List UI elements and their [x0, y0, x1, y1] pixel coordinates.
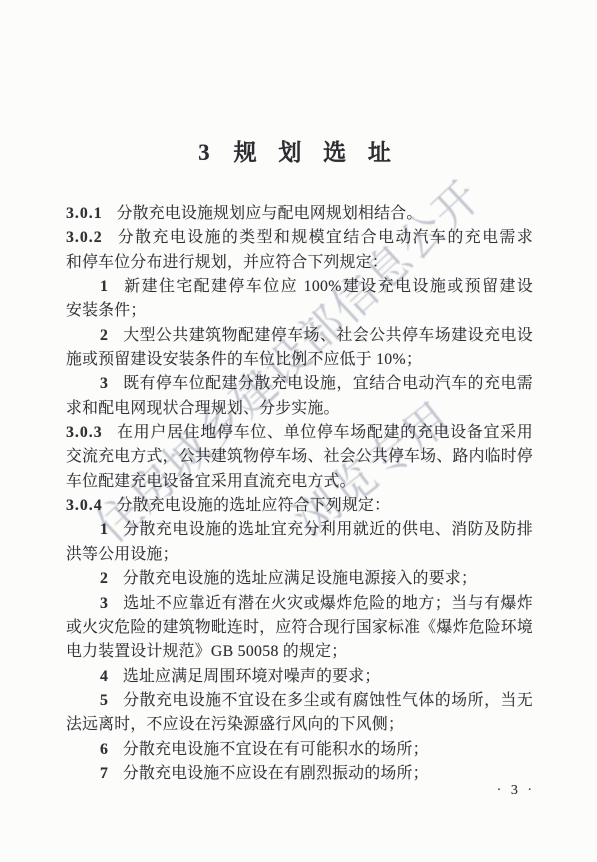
text-line: 6分散充电设施不宜设在有可能积水的场所；	[66, 738, 533, 762]
text-line: 交流充电方式，公共建筑物停车场、社会公共停车场、路内临时停	[66, 445, 533, 469]
text-line: 3.0.4分散充电设施的选址应符合下列规定：	[66, 494, 533, 518]
line-text: 分散充电设施不宜设在多尘或有腐蚀性气体的场所，当无	[123, 692, 533, 709]
text-line: 2大型公共建筑物配建停车场、社会公共停车场建设充电设	[66, 324, 533, 348]
text-line: 求和配电网现状合理规划、分步实施。	[66, 397, 533, 421]
body-text: 3.0.1分散充电设施规划应与配电网规划相结合。3.0.2分散充电设施的类型和规…	[66, 202, 533, 786]
line-text: 分散充电设施规划应与配电网规划相结合。	[117, 205, 423, 222]
document-page: 住房城乡建设部信息公开 浏览专用 3规 划 选 址 3.0.1分散充电设施规划应…	[0, 0, 597, 862]
line-text: 施或预留建设安装条件的车位比例不应低于 10%；	[66, 351, 422, 368]
clause-number: 3.0.2	[66, 229, 103, 246]
text-line: 3.0.1分散充电设施规划应与配电网规划相结合。	[66, 202, 533, 226]
text-line: 3.0.2分散充电设施的类型和规模宜结合电动汽车的充电需求	[66, 226, 533, 250]
item-number: 1	[100, 521, 109, 538]
clause-number: 3.0.4	[66, 497, 103, 514]
text-line: 3选址不应靠近有潜在火灾或爆炸危险的地方；当与有爆炸	[66, 592, 533, 616]
text-line: 3既有停车位配建分散充电设施，宜结合电动汽车的充电需	[66, 372, 533, 396]
text-line: 7分散充电设施不应设在有剧烈振动的场所；	[66, 762, 533, 786]
item-number: 2	[100, 327, 109, 344]
item-number: 3	[100, 375, 109, 392]
text-line: 和停车位分布进行规划，并应符合下列规定：	[66, 251, 533, 275]
text-line: 4选址应满足周围环境对噪声的要求；	[66, 665, 533, 689]
line-text: 既有停车位配建分散充电设施，宜结合电动汽车的充电需	[123, 375, 533, 392]
text-line: 1新建住宅配建停车位应 100%建设充电设施或预留建设	[66, 275, 533, 299]
line-text: 分散充电设施的选址宜充分利用就近的供电、消防及防排	[123, 521, 533, 538]
item-number: 7	[100, 765, 109, 782]
line-text: 交流充电方式，公共建筑物停车场、社会公共停车场、路内临时停	[66, 448, 533, 465]
text-line: 或火灾危险的建筑物毗连时，应符合现行国家标准《爆炸危险环境	[66, 616, 533, 640]
text-line: 车位配建充电设备宜采用直流充电方式。	[66, 470, 533, 494]
line-text: 洪等公用设施；	[66, 546, 179, 563]
chapter-heading: 3规 划 选 址	[0, 134, 597, 167]
text-line: 施或预留建设安装条件的车位比例不应低于 10%；	[66, 348, 533, 372]
item-number: 2	[100, 570, 109, 587]
line-text: 选址不应靠近有潜在火灾或爆炸危险的地方；当与有爆炸	[123, 595, 533, 612]
line-text: 安装条件；	[66, 302, 147, 319]
line-text: 车位配建充电设备宜采用直流充电方式。	[66, 473, 356, 490]
text-line: 法远离时，不应设在污染源盛行风向的下风侧；	[66, 713, 533, 737]
text-line: 电力装置设计规范》GB 50058 的规定；	[66, 640, 533, 664]
clause-number: 3.0.3	[66, 424, 103, 441]
text-line: 5分散充电设施不宜设在多尘或有腐蚀性气体的场所，当无	[66, 689, 533, 713]
line-text: 电力装置设计规范》GB 50058 的规定；	[66, 643, 347, 660]
item-number: 4	[100, 668, 109, 685]
line-text: 新建住宅配建停车位应 100%建设充电设施或预留建设	[123, 278, 533, 295]
text-line: 安装条件；	[66, 299, 533, 323]
line-text: 或火灾危险的建筑物毗连时，应符合现行国家标准《爆炸危险环境	[66, 619, 533, 636]
line-text: 分散充电设施的类型和规模宜结合电动汽车的充电需求	[117, 229, 533, 246]
item-number: 1	[100, 278, 109, 295]
line-text: 分散充电设施不应设在有剧烈振动的场所；	[123, 765, 429, 782]
line-text: 分散充电设施不宜设在有可能积水的场所；	[123, 741, 429, 758]
line-text: 求和配电网现状合理规划、分步实施。	[66, 400, 340, 417]
line-text: 分散充电设施的选址应符合下列规定：	[117, 497, 391, 514]
text-line: 1分散充电设施的选址宜充分利用就近的供电、消防及防排	[66, 518, 533, 542]
text-line: 3.0.3在用户居住地停车位、单位停车场配建的充电设备宜采用	[66, 421, 533, 445]
text-line: 洪等公用设施；	[66, 543, 533, 567]
chapter-title: 规 划 选 址	[234, 140, 399, 165]
line-text: 和停车位分布进行规划，并应符合下列规定：	[66, 254, 388, 271]
item-number: 6	[100, 741, 109, 758]
line-text: 分散充电设施的选址应满足设施电源接入的要求；	[123, 570, 477, 587]
line-text: 选址应满足周围环境对噪声的要求；	[123, 668, 381, 685]
line-text: 在用户居住地停车位、单位停车场配建的充电设备宜采用	[117, 424, 533, 441]
item-number: 3	[100, 595, 109, 612]
page-number: · 3 ·	[497, 783, 535, 799]
chapter-number: 3	[198, 140, 210, 165]
item-number: 5	[100, 692, 109, 709]
line-text: 大型公共建筑物配建停车场、社会公共停车场建设充电设	[123, 327, 533, 344]
line-text: 法远离时，不应设在污染源盛行风向的下风侧；	[66, 716, 404, 733]
text-line: 2分散充电设施的选址应满足设施电源接入的要求；	[66, 567, 533, 591]
clause-number: 3.0.1	[66, 205, 103, 222]
